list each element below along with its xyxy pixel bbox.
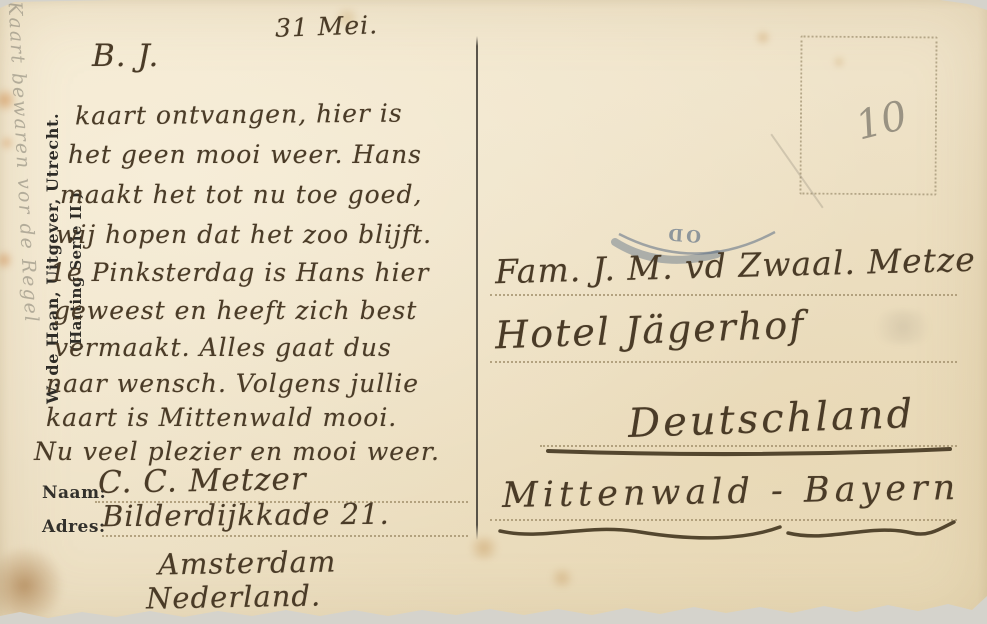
underline-strokes	[0, 0, 987, 624]
postcard-back: Kaart bewaren vor de Regel W. de Haan, U…	[0, 0, 987, 624]
